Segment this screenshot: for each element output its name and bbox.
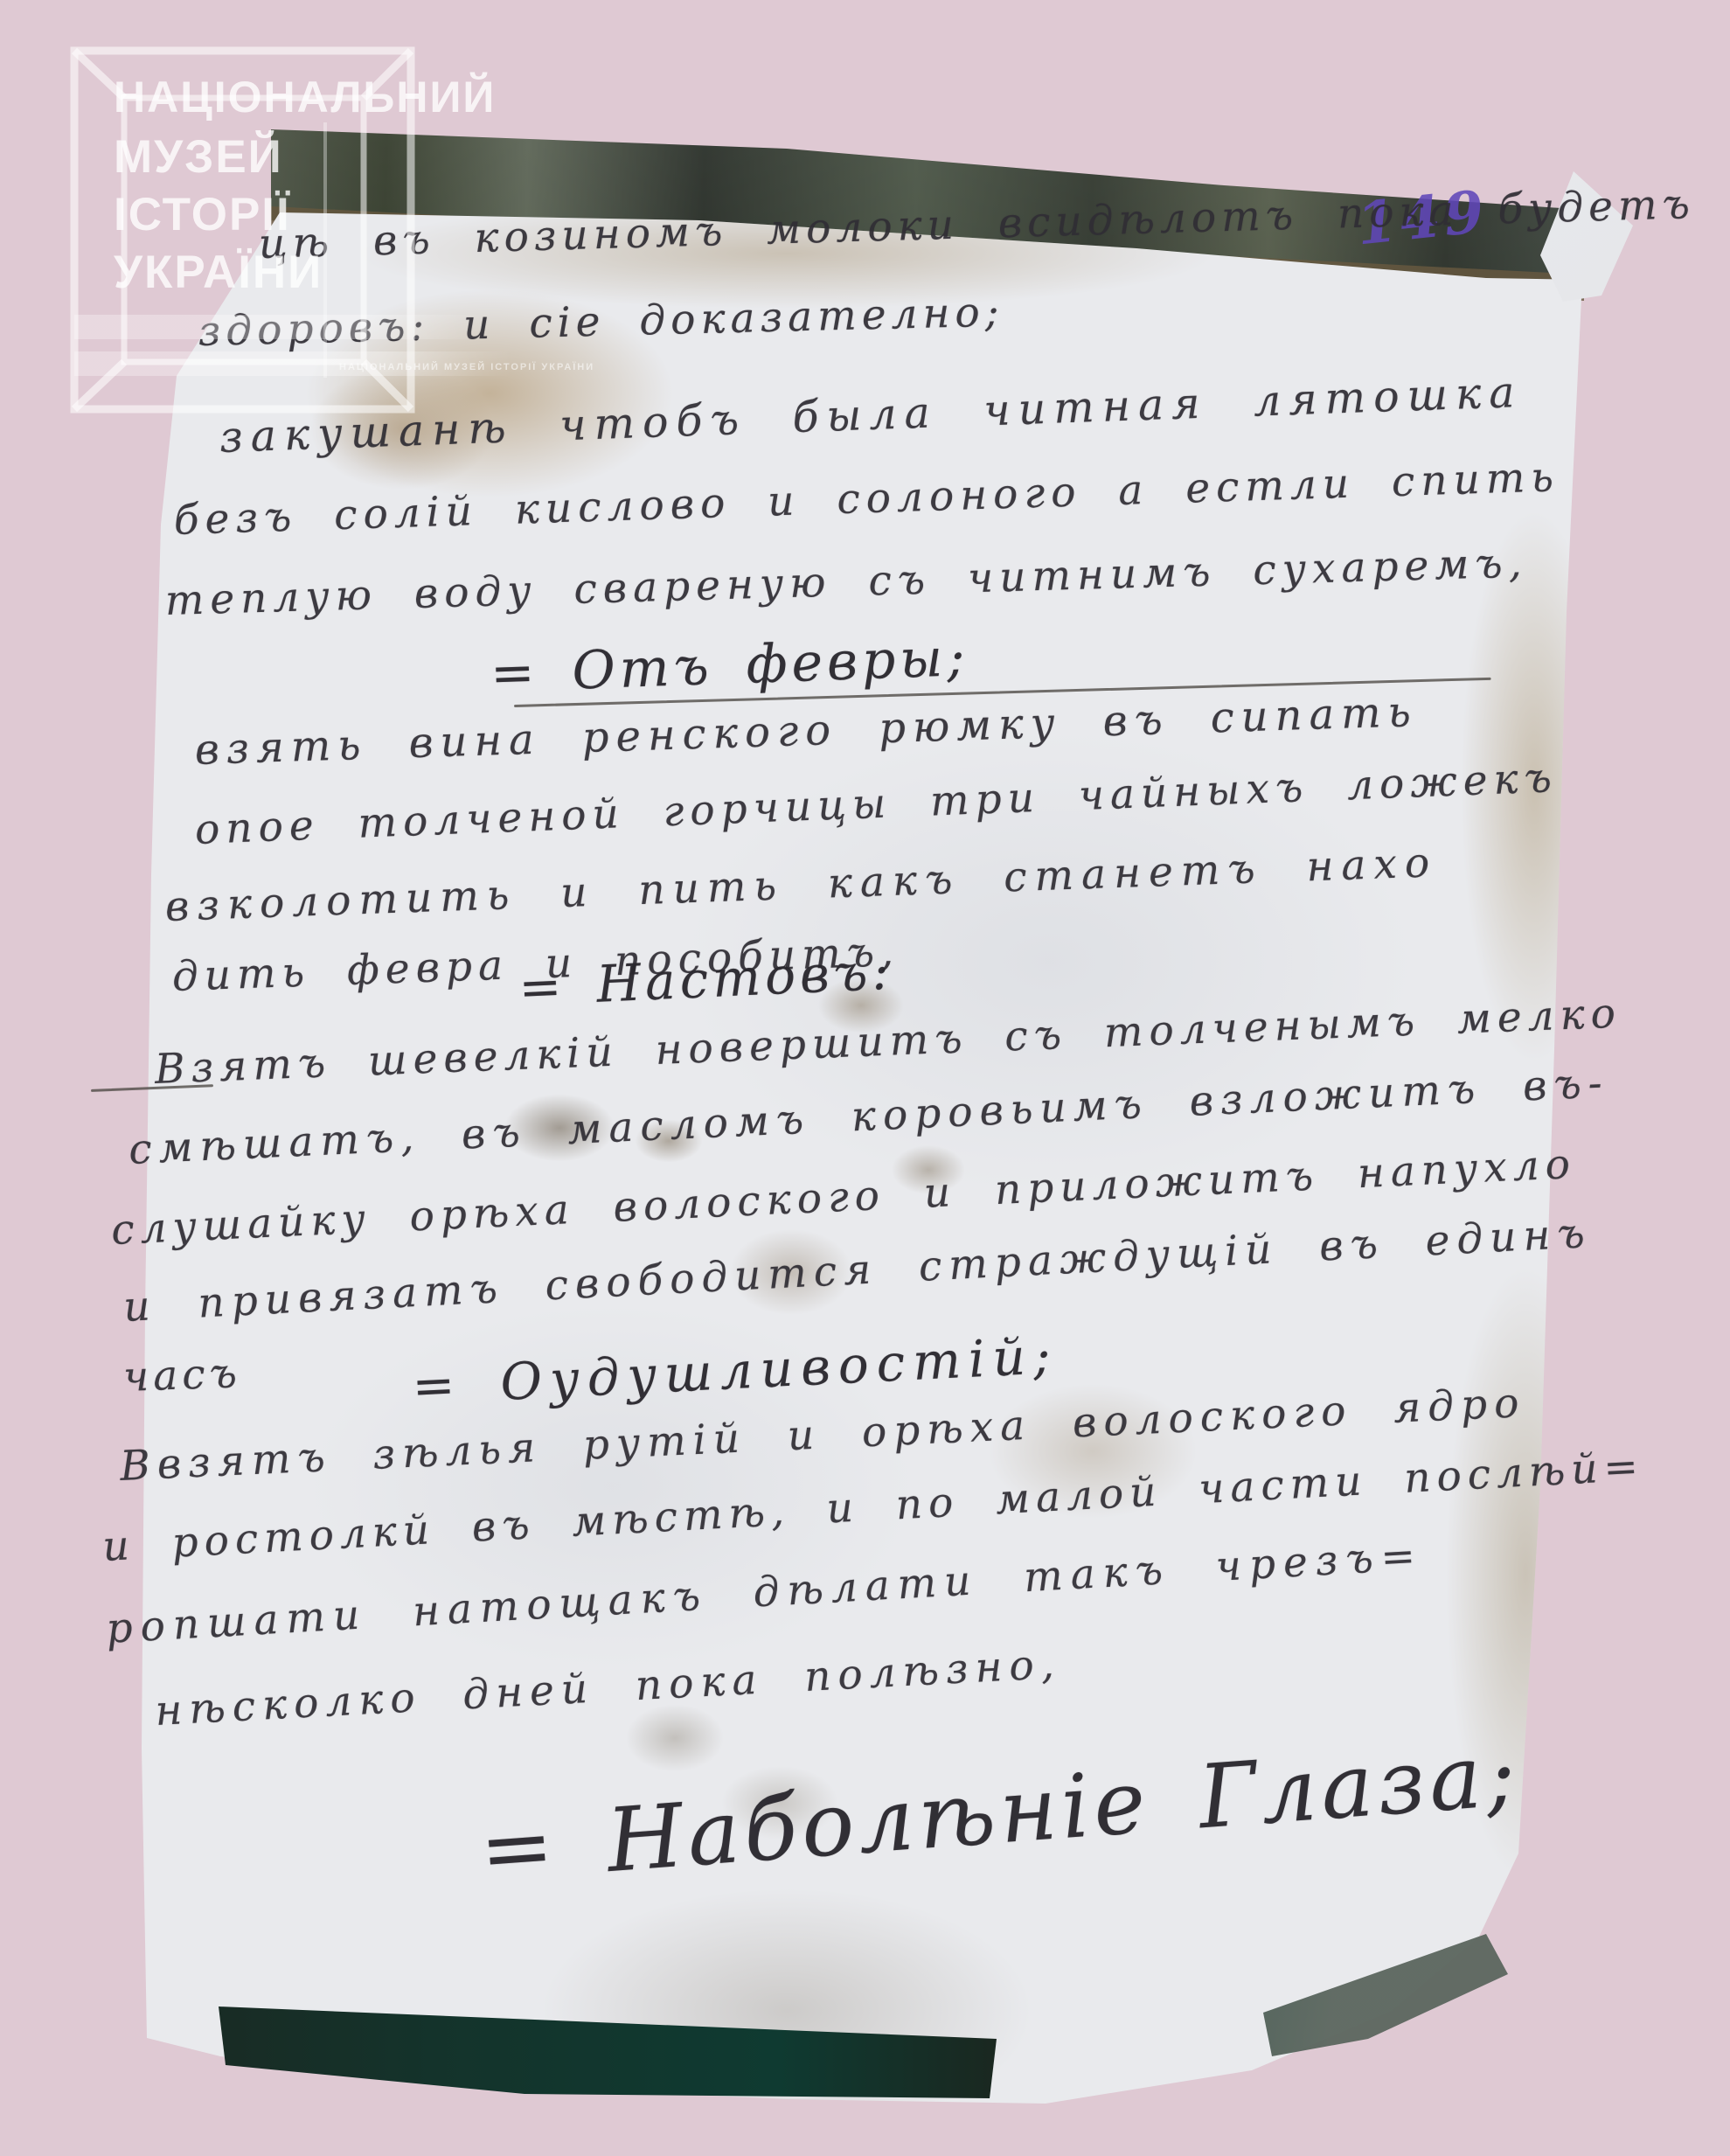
manuscript-line: нѣсколко дней пока полѣзно,: [154, 1640, 1062, 1735]
manuscript-line: часъ: [122, 1349, 242, 1401]
watermark-line: УКРАЇНИ: [114, 249, 323, 296]
watermark-line: ІСТОРІЇ: [114, 191, 291, 238]
manuscript-line: взколотить и пить какъ станетъ нахо: [164, 838, 1438, 931]
watermark-line: НАЦІОНАЛЬНИЙ: [114, 75, 496, 119]
watermark-line: МУЗЕЙ: [114, 134, 283, 180]
recipe-heading-eye-ailment: = Наболѣніе Глаза;: [476, 1723, 1523, 1902]
watermark-micro-text: НАЦІОНАЛЬНИЙ МУЗЕЙ ІСТОРІЇ УКРАЇНИ: [339, 362, 594, 372]
manuscript-line: теплую воду свареную съ читнимъ сухаремъ…: [164, 539, 1528, 625]
manuscript-line: взять вина ренского рюмку въ сипать: [194, 687, 1419, 775]
museum-watermark: НАЦІОНАЛЬНИЙ МУЗЕЙ ІСТОРІЇ УКРАЇНИ НАЦІО…: [0, 0, 787, 490]
recipe-heading-breathlessness: = Оудушливостій;: [411, 1325, 1060, 1416]
recipe-heading-fever: = Отъ февры;: [490, 627, 969, 705]
watermark-stripe: [74, 315, 485, 339]
manuscript-line: опое толченой горчицы три чайныхъ ложекъ: [194, 754, 1559, 854]
museum-photo-background: 149 цѣ въ козиномъ молоки всидѣлотъ пока…: [0, 0, 1730, 2156]
